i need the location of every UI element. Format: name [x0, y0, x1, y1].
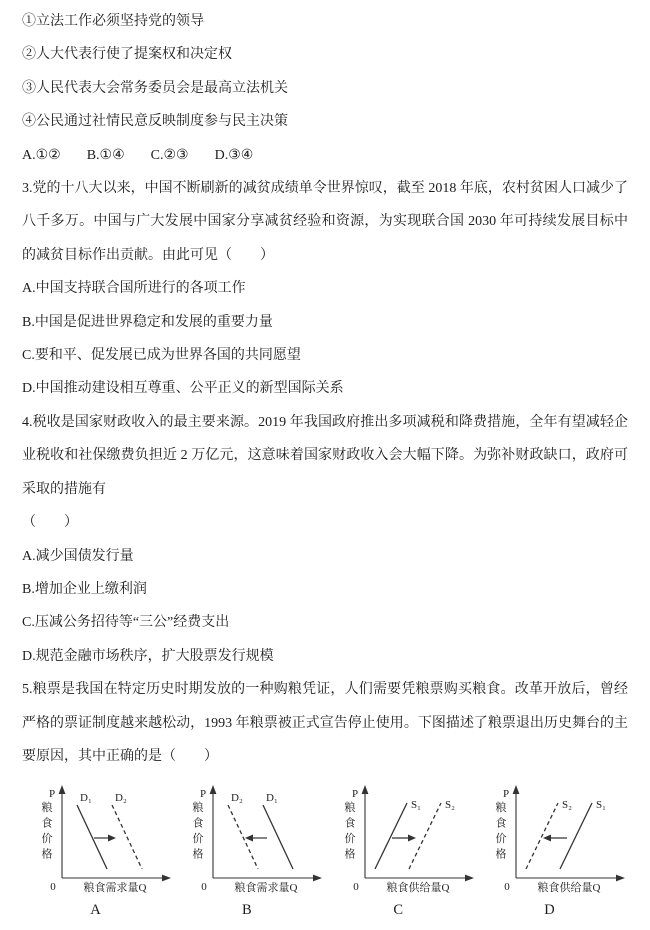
origin-label: 0 — [202, 881, 208, 893]
right-curve-solid — [560, 803, 592, 869]
y-axis-label-char: 粮 — [344, 800, 355, 814]
question-5-stem: 5.粮票是我国在特定历史时期发放的一种购粮凭证，人们需要凭粮票购买粮食。改革开放… — [22, 673, 628, 773]
left-curve-solid — [77, 805, 107, 869]
y-axis-arrowhead — [361, 785, 368, 794]
y-axis-label-char: 格 — [42, 847, 53, 861]
x-axis-arrowhead — [616, 875, 625, 882]
left-curve-label: D₁ — [80, 792, 92, 804]
curve-shift-chart-D: P粮食价格0粮食供给量QS₂S₁ — [476, 781, 626, 895]
question-4-option-c: C.压减公务招待等“三公”经费支出 — [22, 606, 628, 639]
x-axis-label: 粮食供给量Q — [386, 880, 449, 894]
y-axis-label-char: 食 — [42, 817, 53, 830]
left-curve-solid — [375, 803, 407, 869]
curve-shift-chart-A: P粮食价格0粮食需求量QD₁D₂ — [22, 781, 172, 895]
y-axis-label-char: 食 — [344, 817, 355, 830]
diagram-letter-D: D — [490, 900, 610, 920]
right-curve-label: D₂ — [115, 792, 127, 804]
right-curve-label: D₁ — [266, 792, 278, 804]
y-axis-label-char: 粮 — [42, 800, 53, 814]
y-axis-label-char: 价 — [344, 832, 355, 845]
curve-diagram-A: P粮食价格0粮食需求量QD₁D₂A — [22, 781, 172, 920]
y-axis-label-char: 格 — [344, 847, 355, 861]
question-3: 3.党的十八大以来，中国不断刷新的减贫成绩单令世界惊叹，截至 2018 年底，农… — [22, 172, 628, 406]
shift-arrow-right-head — [108, 835, 116, 842]
y-axis-symbol: P — [352, 788, 358, 800]
question-4-stem: 4.税收是国家财政收入的最主要来源。2019 年我国政府推出多项减税和降费措施，… — [22, 406, 628, 506]
answer-option-a: A.①② — [22, 139, 61, 172]
y-axis-label-char: 粮 — [193, 800, 204, 814]
right-curve-dashed — [409, 803, 441, 869]
y-axis-label-char: 粮 — [495, 800, 506, 814]
shift-arrow-right-head — [408, 835, 416, 842]
left-curve-label: S₁ — [411, 799, 421, 811]
curve-shift-chart-B: P粮食价格0粮食需求量QD₂D₁ — [173, 781, 323, 895]
y-axis-label-char: 价 — [193, 832, 204, 845]
right-curve-label: S₁ — [596, 799, 606, 811]
x-axis-label: 粮食需求量Q — [235, 880, 298, 894]
shift-arrow-left-head — [245, 835, 253, 842]
y-axis-arrowhead — [210, 785, 217, 794]
origin-label: 0 — [504, 881, 510, 893]
x-axis-label: 粮食需求量Q — [84, 880, 147, 894]
diagram-letter-B: B — [187, 900, 307, 920]
question-4-option-b: B.增加企业上缴利润 — [22, 573, 628, 606]
question-3-stem: 3.党的十八大以来，中国不断刷新的减贫成绩单令世界惊叹，截至 2018 年底，农… — [22, 172, 628, 272]
y-axis-label-char: 格 — [495, 847, 506, 861]
x-axis-label: 粮食供给量Q — [538, 880, 601, 894]
curve-shift-chart-C: P粮食价格0粮食供给量QS₁S₂ — [325, 781, 475, 895]
y-axis-arrowhead — [59, 785, 66, 794]
diagram-letter-A: A — [36, 900, 156, 920]
y-axis-arrowhead — [513, 785, 520, 794]
statement-3: ③人民代表大会常务委员会是最高立法机关 — [22, 72, 628, 105]
x-axis-arrowhead — [313, 875, 322, 882]
answer-option-d: D.③④ — [215, 139, 254, 172]
shift-arrow-left-head — [543, 835, 551, 842]
answer-options-row: A.①② B.①④ C.②③ D.③④ — [22, 139, 628, 172]
exam-page: ①立法工作必须坚持党的领导 ②人大代表行使了提案权和决定权 ③人民代表大会常务委… — [22, 5, 628, 920]
x-axis-arrowhead — [162, 875, 171, 882]
curve-diagram-C: P粮食价格0粮食供给量QS₁S₂C — [325, 781, 475, 920]
right-curve-dashed — [112, 805, 142, 869]
diagram-letter-C: C — [339, 900, 459, 920]
question-4: 4.税收是国家财政收入的最主要来源。2019 年我国政府推出多项减税和降费措施，… — [22, 406, 628, 673]
origin-label: 0 — [50, 881, 56, 893]
answer-option-c: C.②③ — [151, 139, 189, 172]
origin-label: 0 — [353, 881, 359, 893]
right-curve-label: S₂ — [445, 799, 455, 811]
question-3-option-c: C.要和平、促发展已成为世界各国的共同愿望 — [22, 339, 628, 372]
statement-1: ①立法工作必须坚持党的领导 — [22, 5, 628, 38]
curve-diagram-B: P粮食价格0粮食需求量QD₂D₁B — [173, 781, 323, 920]
left-curve-label: D₂ — [231, 792, 243, 804]
question-4-option-a: A.减少国债发行量 — [22, 540, 628, 573]
left-curve-dashed — [228, 805, 258, 869]
question-2-statements: ①立法工作必须坚持党的领导 ②人大代表行使了提案权和决定权 ③人民代表大会常务委… — [22, 5, 628, 172]
curve-diagrams-row: P粮食价格0粮食需求量QD₁D₂AP粮食价格0粮食需求量QD₂D₁BP粮食价格0… — [22, 781, 626, 920]
y-axis-label-char: 价 — [42, 832, 53, 845]
y-axis-symbol: P — [49, 788, 55, 800]
y-axis-label-char: 格 — [193, 847, 204, 861]
y-axis-label-char: 食 — [495, 817, 506, 830]
y-axis-label-char: 食 — [193, 817, 204, 830]
y-axis-symbol: P — [503, 788, 509, 800]
statement-2: ②人大代表行使了提案权和决定权 — [22, 38, 628, 71]
left-curve-dashed — [526, 803, 558, 869]
question-3-option-b: B.中国是促进世界稳定和发展的重要力量 — [22, 306, 628, 339]
answer-option-b: B.①④ — [87, 139, 125, 172]
y-axis-symbol: P — [200, 788, 206, 800]
left-curve-label: S₂ — [562, 799, 572, 811]
question-4-bracket: （ ） — [22, 506, 628, 539]
question-4-option-d: D.规范金融市场秩序，扩大股票发行规模 — [22, 640, 628, 673]
curve-diagram-D: P粮食价格0粮食供给量QS₂S₁D — [476, 781, 626, 920]
question-3-option-a: A.中国支持联合国所进行的各项工作 — [22, 272, 628, 305]
statement-4: ④公民通过社情民意反映制度参与民主决策 — [22, 105, 628, 138]
y-axis-label-char: 价 — [495, 832, 506, 845]
right-curve-solid — [263, 805, 293, 869]
x-axis-arrowhead — [465, 875, 474, 882]
question-5: 5.粮票是我国在特定历史时期发放的一种购粮凭证，人们需要凭粮票购买粮食。改革开放… — [22, 673, 628, 920]
question-3-option-d: D.中国推动建设相互尊重、公平正义的新型国际关系 — [22, 372, 628, 405]
